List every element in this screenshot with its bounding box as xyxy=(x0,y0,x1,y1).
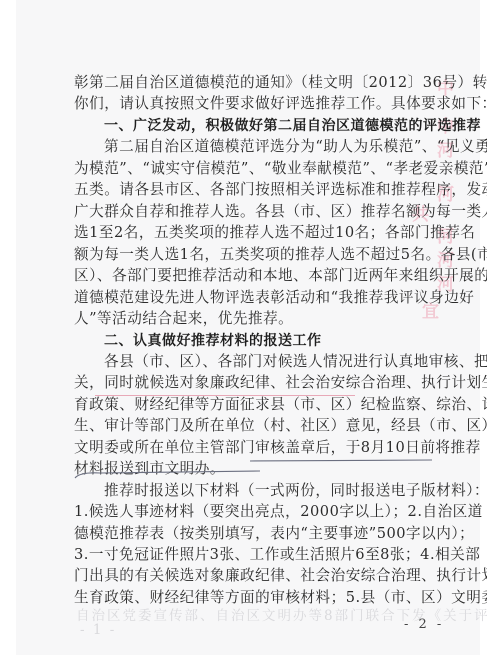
text-line: 区）、各部门要把推荐活动和本地、本部门近两年来组织开展的 xyxy=(74,266,430,286)
page-number: - 2 - xyxy=(404,617,444,632)
text-line: 为模范”、“诚实守信模范”、“敬业奉献模范”、“孝老爱亲模范” xyxy=(74,159,430,179)
text-line: 你们，请认真按照文件要求做好评选推荐工作。具体要求如下： xyxy=(74,94,430,114)
text-line: 3.一寸免冠证件照片3张、工作或生活照片6至8张；4.相关部 xyxy=(74,545,430,565)
text-line: 门出具的有关候选对象廉政纪律、社会治安综合治理、执行计划 xyxy=(74,566,430,586)
text-line: 1.候选人事迹材料（要突出亮点，2000字以上）；2.自治区道 xyxy=(74,502,430,522)
text-line: 德模范推荐表（按类别填写，表内“主要事迹”500字以内）； xyxy=(74,524,430,544)
bleed-through-page-number: - 1 - xyxy=(80,622,116,638)
section-heading-2: 二、认真做好推荐材料的报送工作 xyxy=(74,331,430,351)
text-line: 第二届自治区道德模范评选分为“助人为乐模范”、“见义勇 xyxy=(74,137,430,157)
text-line: 生、审计等部门及所在单位（村、社区）意见，经县（市、区） xyxy=(74,416,430,436)
text-line: 广大群众自荐和推荐人选。各县（市、区）推荐名额为每一类人 xyxy=(74,202,430,222)
text-line: 推荐时报送以下材料（一式两份，同时报送电子版材料）： xyxy=(74,481,430,501)
text-line: 关，同时就候选对象廉政纪律、社会治安综合治理、执行计划生 xyxy=(74,373,430,393)
handwritten-underline xyxy=(60,440,440,480)
text-line: 额为每一类人选1名，五类奖项的推荐人选不超过5名。各县(市、 xyxy=(74,245,430,265)
text-line: 人”等活动结合起来，优先推荐。 xyxy=(74,309,430,329)
text-line: 五类。请各县市区、各部门按照相关评选标准和推荐程序，发动 xyxy=(74,180,430,200)
text-line: 彰第二届自治区道德模范的通知》（桂文明〔2012〕36号）转发给 xyxy=(74,73,430,93)
text-line: 道德模范建设先进人物评选表彰活动和“我推荐我评议身边好 xyxy=(74,288,430,308)
text-line: 育政策、财经纪律等方面征求县（市、区）纪检监察、综治、计 xyxy=(74,395,430,415)
text-line: 选1至2名，五类奖项的推荐人选不超过10名；各部门推荐名 xyxy=(74,223,430,243)
section-heading-1: 一、广泛发动，积极做好第二届自治区道德模范的评选推荐 xyxy=(74,116,430,136)
text-line: 各县（市、区）、各部门对候选人情况进行认真地审核、把 xyxy=(74,352,430,372)
